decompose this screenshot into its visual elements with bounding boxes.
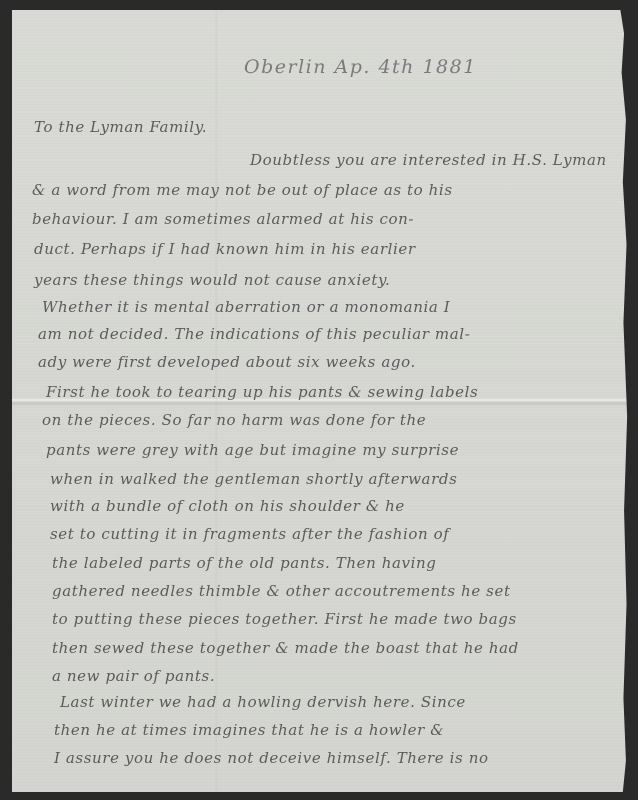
letter-line: First he took to tearing up his pants & …	[46, 383, 478, 401]
letter-line: when in walked the gentleman shortly aft…	[50, 470, 457, 488]
letter-line: I assure you he does not deceive himself…	[54, 749, 489, 767]
letter-line: years these things would not cause anxie…	[34, 271, 390, 289]
letter-line: then he at times imagines that he is a h…	[54, 721, 444, 739]
letter-line: to putting these pieces together. First …	[52, 610, 517, 628]
letter-line: behaviour. I am sometimes alarmed at his…	[32, 210, 414, 228]
letter-line: & a word from me may not be out of place…	[32, 181, 453, 199]
letter-line: Last winter we had a howling dervish her…	[60, 693, 466, 711]
letter-line: duct. Perhaps if I had known him in his …	[34, 240, 416, 258]
letter-page: Oberlin Ap. 4th 1881 To the Lyman Family…	[12, 10, 629, 792]
letter-line: the labeled parts of the old pants. Then…	[52, 554, 436, 572]
letter-line: set to cutting it in fragments after the…	[50, 525, 449, 543]
letter-salutation: To the Lyman Family.	[34, 118, 207, 136]
letter-line: ady were first developed about six weeks…	[38, 353, 416, 371]
letter-heading: Oberlin Ap. 4th 1881	[244, 56, 477, 78]
letter-line: Doubtless you are interested in H.S. Lym…	[250, 151, 607, 169]
letter-line: Whether it is mental aberration or a mon…	[42, 298, 450, 316]
letter-line: on the pieces. So far no harm was done f…	[42, 411, 426, 429]
letter-line: then sewed these together & made the boa…	[52, 639, 519, 657]
letter-line: gathered needles thimble & other accoutr…	[52, 582, 511, 600]
letter-line: am not decided. The indications of this …	[38, 325, 470, 343]
letter-line: pants were grey with age but imagine my …	[46, 441, 459, 459]
letter-line: a new pair of pants.	[52, 667, 215, 685]
letter-line: with a bundle of cloth on his shoulder &…	[50, 497, 405, 515]
